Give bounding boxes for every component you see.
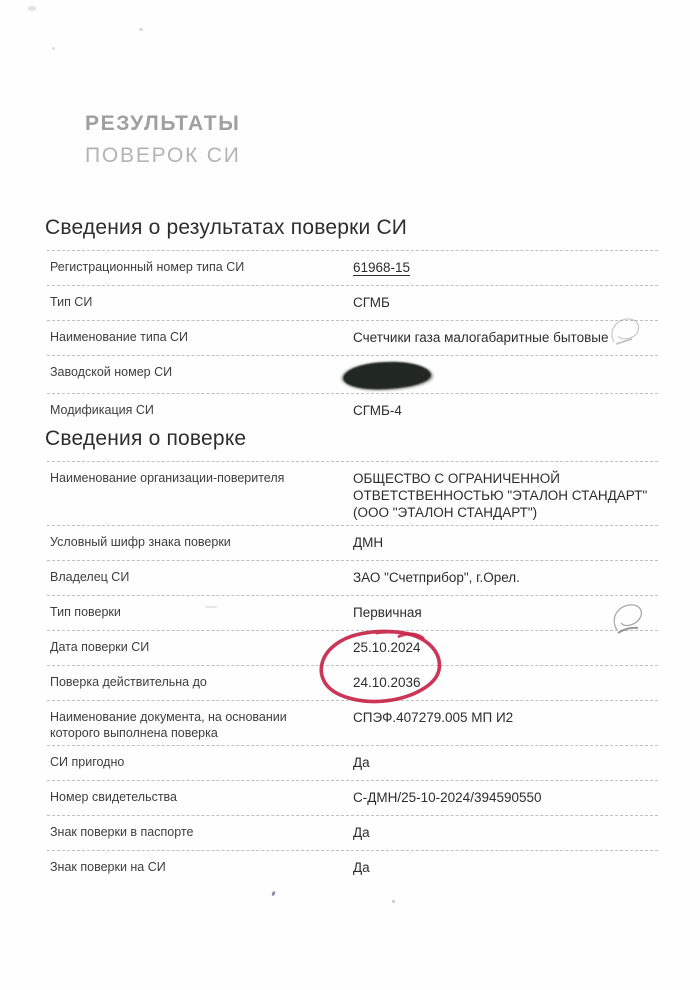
section-title: Сведения о результатах поверки СИ [45, 216, 658, 240]
field-label: Наименование организации-поверителя [50, 470, 353, 486]
field-label: Модификация СИ [50, 402, 353, 418]
field-label: Владелец СИ [50, 569, 353, 585]
field-value: Да [353, 824, 658, 841]
field-row: Знак поверки на СИДа [47, 850, 658, 885]
field-label: Тип СИ [50, 294, 353, 310]
field-label: Знак поверки на СИ [50, 859, 353, 875]
field-label: Тип поверки [50, 604, 353, 620]
section-title: Сведения о поверке [45, 427, 658, 451]
field-value: Да [353, 754, 658, 771]
field-value: СГМБ-4 [353, 402, 658, 419]
field-label: СИ пригодно [50, 754, 353, 770]
pencil-curl-artifact [606, 315, 648, 351]
logo-line-rezultaty: РЕЗУЛЬТАТЫ [85, 112, 241, 136]
ink-speck [271, 891, 276, 897]
field-row: Тип поверкиПервичная [47, 595, 658, 630]
scan-speck [28, 6, 36, 11]
field-label: Регистрационный номер типа СИ [50, 259, 353, 275]
field-value: ДМН [353, 534, 658, 551]
field-value: СГМБ [353, 294, 658, 311]
field-value: СПЭФ.407279.005 МП И2 [353, 709, 658, 726]
field-label: Номер свидетельства [50, 789, 353, 805]
fields-table: Регистрационный номер типа СИ61968-15Тип… [47, 250, 658, 428]
field-row: Модификация СИСГМБ-4 [47, 393, 658, 428]
scan-speck [392, 900, 395, 903]
field-value: 61968-15 [353, 259, 658, 276]
field-value: Да [353, 859, 658, 876]
field-row: Наименование типа СИСчетчики газа малога… [47, 320, 658, 355]
field-value: С-ДМН/25-10-2024/394590550 [353, 789, 658, 806]
logo-line-poverok-si: ПОВЕРОК СИ [85, 144, 241, 168]
field-value: ЗАО "Счетприбор", г.Орел. [353, 569, 658, 586]
field-row: Тип СИСГМБ [47, 285, 658, 320]
results-logo: РЕЗУЛЬТАТЫ ПОВЕРОК СИ [85, 112, 241, 168]
field-row: Регистрационный номер типа СИ61968-15 [47, 250, 658, 285]
field-row: Номер свидетельстваС-ДМН/25-10-2024/3945… [47, 780, 658, 815]
field-row: Заводской номер СИ [47, 355, 658, 393]
section-verification-results: Сведения о результатах поверки СИ Регист… [47, 216, 658, 428]
scan-speck [139, 28, 143, 31]
scan-smudge [205, 606, 217, 608]
field-value-redacted [353, 364, 658, 389]
pencil-curl-artifact [608, 600, 652, 644]
scanned-verification-document: РЕЗУЛЬТАТЫ ПОВЕРОК СИ Сведения о результ… [0, 0, 700, 990]
field-row: Владелец СИЗАО "Счетприбор", г.Орел. [47, 560, 658, 595]
field-label: Знак поверки в паспорте [50, 824, 353, 840]
field-label: Наименование документа, на основании кот… [50, 709, 353, 741]
field-row: Наименование организации-поверителяОБЩЕС… [47, 461, 658, 525]
field-row: СИ пригодноДа [47, 745, 658, 780]
field-label: Поверка действительна до [50, 674, 353, 690]
redacted-serial-number-mark [342, 360, 431, 392]
field-row: Условный шифр знака поверкиДМН [47, 525, 658, 560]
field-label: Условный шифр знака поверки [50, 534, 353, 550]
red-circle-annotation [313, 625, 450, 708]
scan-speck [52, 47, 55, 50]
field-value: ОБЩЕСТВО С ОГРАНИЧЕННОЙ ОТВЕТСТВЕННОСТЬЮ… [353, 470, 658, 521]
field-label: Дата поверки СИ [50, 639, 353, 655]
field-label: Заводской номер СИ [50, 364, 353, 380]
field-row: Наименование документа, на основании кот… [47, 700, 658, 745]
field-label: Наименование типа СИ [50, 329, 353, 345]
field-row: Знак поверки в паспортеДа [47, 815, 658, 850]
